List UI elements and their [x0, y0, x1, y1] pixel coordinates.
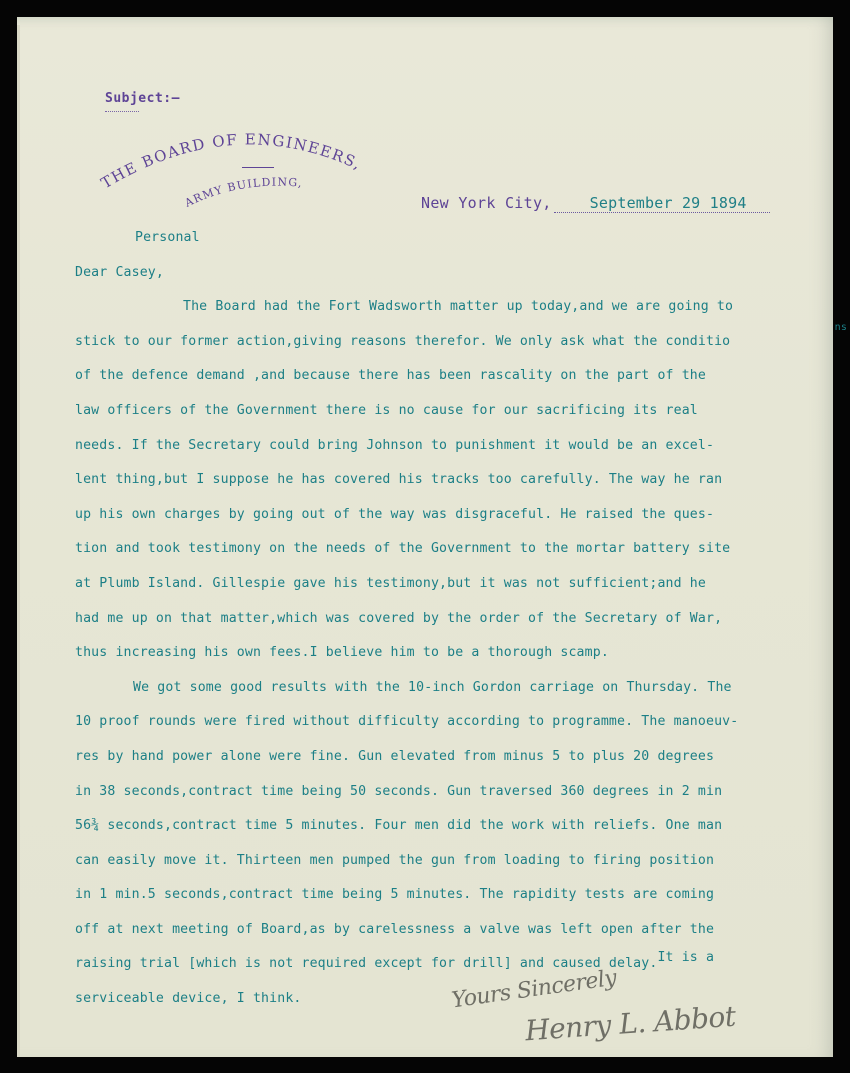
text-line: thus increasing his own fees.I believe h… — [75, 636, 835, 671]
personal-marking: Personal — [75, 221, 835, 256]
text-line-content: stick to our former action,giving reason… — [75, 334, 730, 349]
text-line: needs. If the Secretary could bring John… — [75, 429, 835, 464]
subject-label: Subject:— — [105, 91, 180, 106]
letter-page: Subject:— THE BOARD OF ENGINEERS, ARMY B… — [17, 17, 833, 1057]
letterhead-rule — [242, 167, 274, 168]
text-line: at Plumb Island. Gillespie gave his test… — [75, 567, 835, 602]
text-line: of the defence demand ,and because there… — [75, 359, 835, 394]
handwritten-signature: Yours Sincerely Henry L. Abbot — [437, 977, 767, 1073]
text-line-tail: It is a — [657, 950, 714, 965]
text-line: tion and took testimony on the needs of … — [75, 532, 835, 567]
text-line: can easily move it. Thirteen men pumped … — [75, 844, 835, 879]
text-line: in 38 seconds,contract time being 50 sec… — [75, 775, 835, 810]
signature-name: Henry L. Abbot — [524, 1000, 736, 1048]
dateline: New York City,September 29 1894 — [421, 193, 770, 213]
date-value: September 29 1894 — [554, 194, 770, 213]
text-line: 56¾ seconds,contract time 5 minutes. Fou… — [75, 809, 835, 844]
letter-body: Personal Dear Casey, The Board had the F… — [75, 221, 835, 1017]
text-line: up his own charges by going out of the w… — [75, 498, 835, 533]
text-line: law officers of the Government there is … — [75, 394, 835, 429]
svg-text:ARMY BUILDING,: ARMY BUILDING, — [182, 176, 304, 211]
salutation: Dear Casey, — [75, 256, 835, 291]
army-building-title: ARMY BUILDING, — [182, 176, 304, 211]
text-line: had me up on that matter,which was cover… — [75, 602, 835, 637]
paragraph-2: We got some good results with the 10-inc… — [75, 671, 835, 1017]
place-label: New York City, — [421, 194, 552, 212]
text-line: stick to our former action,giving reason… — [75, 325, 835, 360]
letterhead: Subject:— THE BOARD OF ENGINEERS, ARMY B… — [17, 17, 833, 237]
text-line: in 1 min.5 seconds,contract time being 5… — [75, 878, 835, 913]
letterhead-arc-title: THE BOARD OF ENGINEERS, ARMY BUILDING, — [87, 107, 417, 217]
text-line: off at next meeting of Board,as by carel… — [75, 913, 835, 948]
overtyped-suffix: ns — [835, 323, 847, 333]
text-line-content: raising trial [which is not required exc… — [75, 956, 657, 971]
text-line: res by hand power alone were fine. Gun e… — [75, 740, 835, 775]
text-line: The Board had the Fort Wadsworth matter … — [75, 290, 835, 325]
paragraph-1: The Board had the Fort Wadsworth matter … — [75, 290, 835, 671]
text-line: 10 proof rounds were fired without diffi… — [75, 705, 835, 740]
text-line: We got some good results with the 10-inc… — [75, 671, 835, 706]
text-line: lent thing,but I suppose he has covered … — [75, 463, 835, 498]
